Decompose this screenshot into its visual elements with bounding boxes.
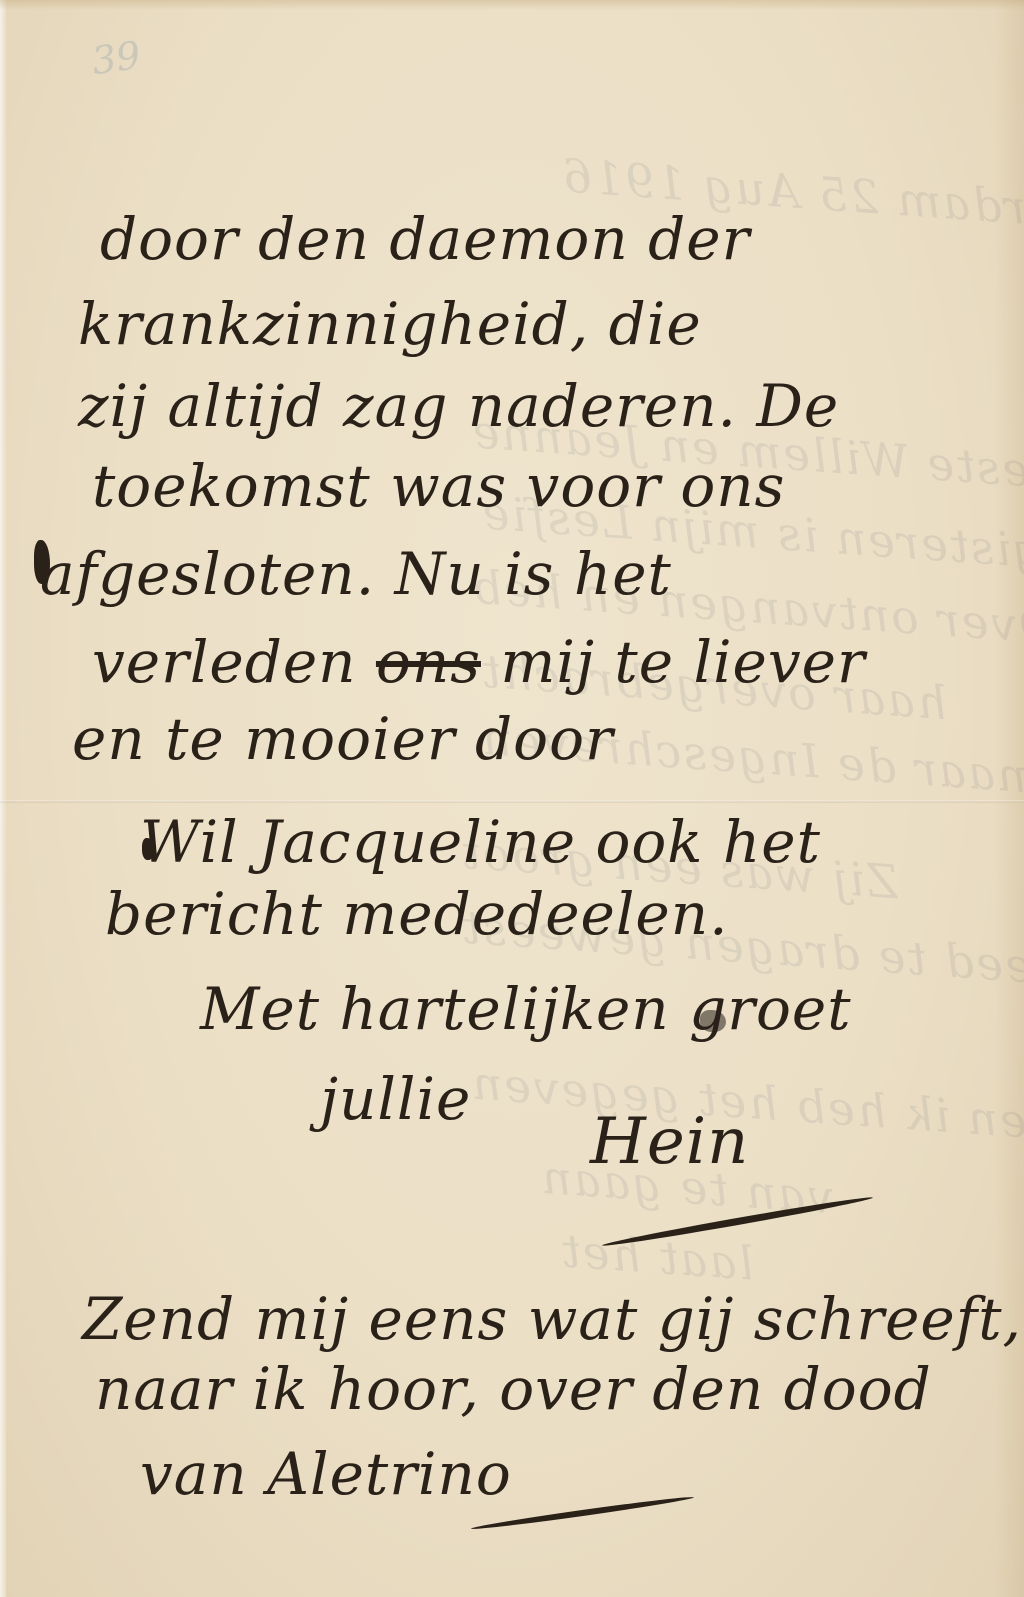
ink-smudge: [700, 1010, 726, 1032]
letter-line: en te mooier door: [72, 705, 614, 773]
postscript-line: van Aletrino: [140, 1440, 512, 1508]
letter-line: door den daemon der: [100, 205, 750, 273]
word: mij te liever: [500, 628, 865, 696]
letter-line: krankzinnigheid, die: [78, 290, 702, 358]
ink-blot: [34, 540, 50, 584]
closing-valediction: jullie: [320, 1065, 471, 1133]
letter-line: afgesloten. Nu is het: [40, 540, 672, 608]
letter-line: verleden ons mij te liever: [92, 628, 866, 696]
letter-line: toekomst was voor ons: [92, 452, 785, 520]
word: verleden: [92, 628, 357, 696]
paper-edge-left: [0, 0, 6, 1597]
postscript-line: Zend mij eens wat gij schreeft,: [82, 1285, 1022, 1353]
letter-page: 39 Amsterdam 25 Aug 1916 Beste Willem en…: [0, 0, 1024, 1597]
ink-blot: [142, 838, 154, 860]
struck-word: ons: [376, 628, 481, 696]
pencil-page-number: 39: [89, 33, 143, 83]
postscript-line: naar ik hoor, over den dood: [95, 1355, 932, 1423]
letter-line: Wil Jacqueline ook het: [140, 808, 821, 876]
letter-line: bericht mededeelen.: [105, 880, 729, 948]
paper-stain-top: [0, 0, 1024, 10]
closing-greeting: Met hartelijken groet: [200, 975, 852, 1043]
fold-crease: [0, 800, 1024, 803]
letter-line: zij altijd zag naderen. De: [78, 372, 839, 440]
signature: Hein: [590, 1105, 749, 1179]
